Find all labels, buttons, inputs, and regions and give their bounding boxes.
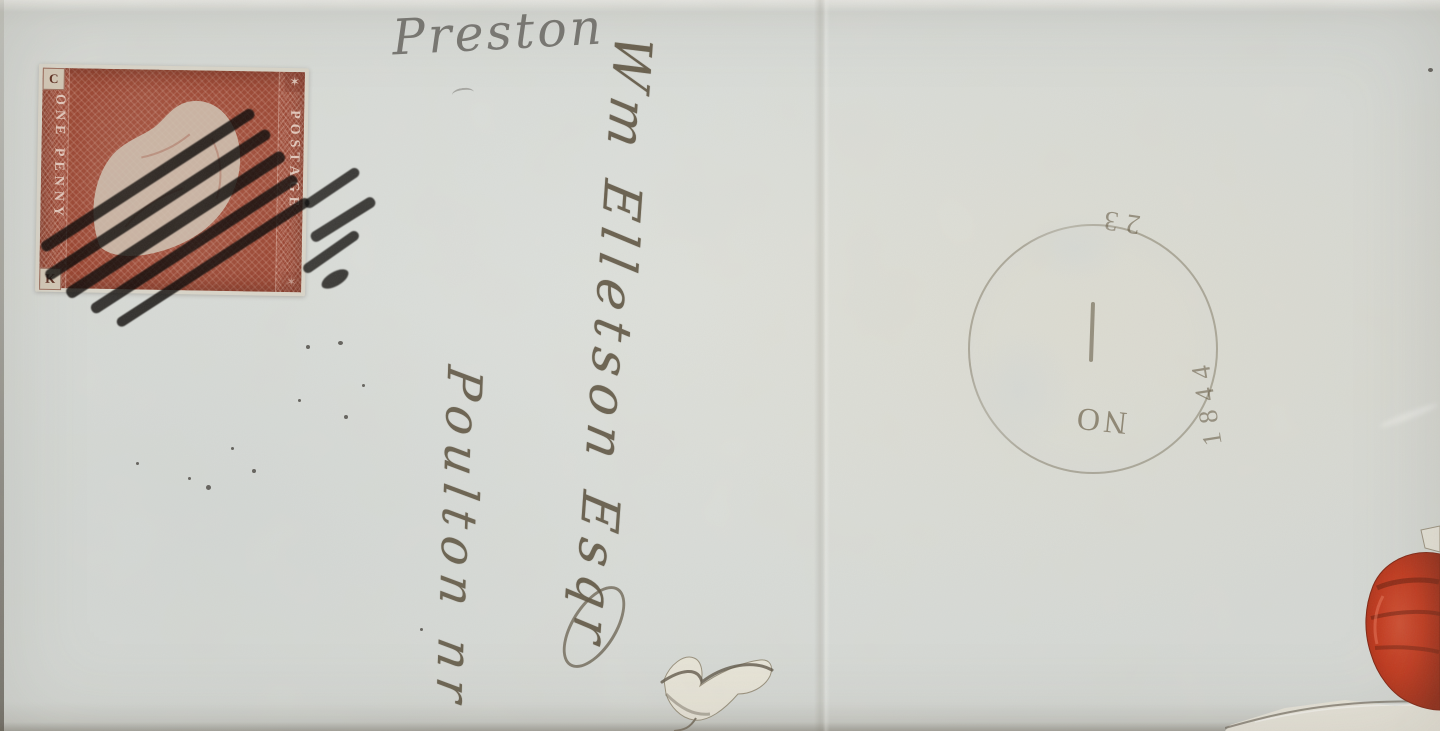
ink-speck [188, 477, 191, 480]
corner-letter-c: C [43, 68, 65, 90]
wax-seal [1366, 553, 1440, 710]
ink-speck [231, 447, 234, 450]
star-ornament-icon: ✶ [285, 72, 305, 92]
address-line-1: Wm Elletson Esqr [560, 29, 662, 657]
ink-speck [1428, 68, 1433, 72]
ink-speck [420, 628, 423, 631]
torn-paper-flap [1421, 526, 1440, 552]
cancel-mark [319, 265, 352, 292]
paper-top-edge [0, 0, 1440, 12]
ink-speck [252, 469, 256, 473]
ink-speck [136, 462, 139, 465]
postmark-fade [1000, 198, 1150, 298]
paper-left-edge-shadow [0, 0, 4, 731]
postmark-fade [945, 300, 1095, 480]
address-line-2: Poulton nr [424, 362, 492, 715]
ink-speck [306, 345, 310, 349]
ink-speck [206, 485, 211, 490]
ink-speck [298, 399, 301, 402]
ink-speck [338, 341, 343, 345]
one-penny-label: ONE PENNY [49, 94, 67, 221]
pencil-smudge [451, 87, 474, 101]
ink-speck [344, 415, 348, 419]
pencil-annotation: Preston [391, 0, 606, 67]
torn-corner-and-seal [1225, 518, 1440, 731]
crease-highlight [1379, 401, 1439, 430]
vertical-fold-crease [814, 0, 830, 731]
postmark-year: 1844 [1184, 354, 1229, 448]
torn-paper-hole [650, 636, 790, 731]
cover-photo: ONE PENNY POSTAGE C K ✶ ✶ Preston Wm Ell… [0, 0, 1440, 731]
ink-speck [362, 384, 365, 387]
